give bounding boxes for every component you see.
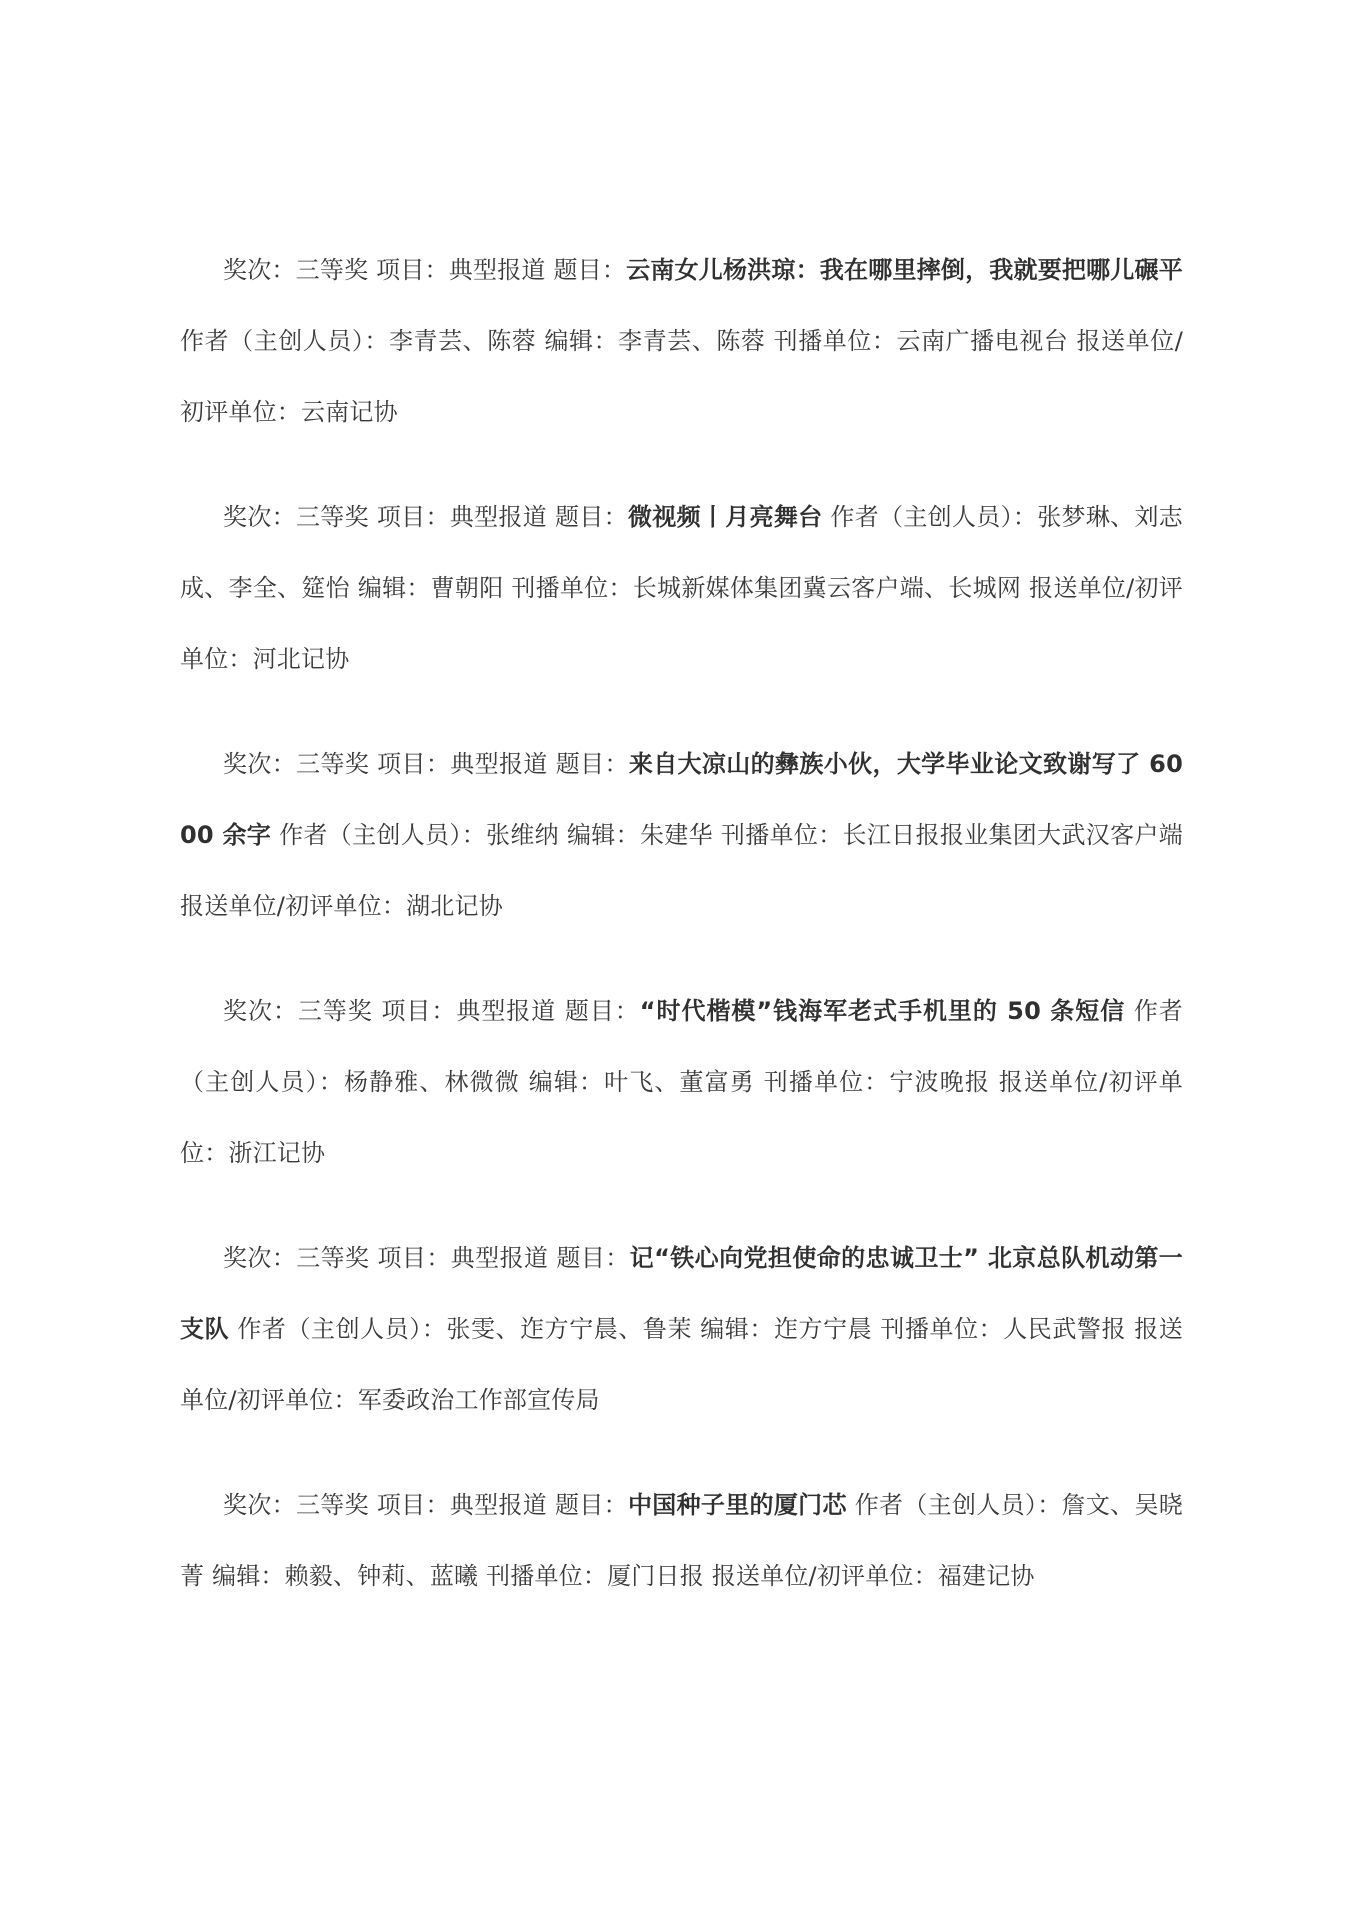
authors-value: 张维纳 (486, 821, 559, 849)
category-label: 项目： (369, 1244, 450, 1272)
award-rank-value: 三等奖 (296, 1491, 369, 1519)
submitter-value: 军委政治工作部宣传局 (358, 1386, 600, 1414)
editors-label: 编辑： (520, 1068, 604, 1096)
award-entry: 奖次：三等奖 项目：典型报道 题目：记“铁心向党担使命的忠诚卫士” 北京总队机动… (180, 1223, 1183, 1436)
editors-value: 赖毅、钟莉、蓝曦 (285, 1562, 479, 1590)
award-rank-label: 奖次： (223, 997, 298, 1025)
document-page: 奖次：三等奖 项目：典型报道 题目：云南女儿杨洪琼：我在哪里摔倒，我就要把哪儿碾… (0, 0, 1350, 1910)
award-rank-label: 奖次： (223, 1491, 296, 1519)
authors-label: 作者（主创人员）： (847, 1491, 1062, 1519)
editors-label: 编辑： (350, 574, 431, 602)
category-value: 典型报道 (456, 997, 556, 1025)
publisher-value: 厦门日报 (607, 1562, 704, 1590)
editors-value: 迮方宁晨 (774, 1315, 872, 1343)
award-rank-value: 三等奖 (296, 503, 369, 531)
entry-title: 云南女儿杨洪琼：我在哪里摔倒，我就要把哪儿碾平 (626, 256, 1183, 284)
authors-label: 作者（主创人员）： (271, 821, 486, 849)
publisher-label: 刊播单位： (713, 821, 843, 849)
award-rank-label: 奖次： (223, 503, 296, 531)
award-entry: 奖次：三等奖 项目：典型报道 题目：来自大凉山的彝族小伙，大学毕业论文致谢写了 … (180, 729, 1183, 942)
editors-value: 曹朝阳 (431, 574, 504, 602)
category-value: 典型报道 (450, 503, 547, 531)
publisher-label: 刊播单位： (503, 574, 632, 602)
editors-label: 编辑： (692, 1315, 774, 1343)
publisher-value: 人民武警报 (1003, 1315, 1126, 1343)
category-label: 项目： (369, 1491, 450, 1519)
publisher-value: 宁波晚报 (889, 1068, 990, 1096)
editors-label: 编辑： (536, 327, 618, 355)
publisher-value: 长城新媒体集团冀云客户端、长城网 (633, 574, 1021, 602)
submitter-label: 报送单位/初评单位： (180, 892, 406, 920)
category-value: 典型报道 (451, 1244, 549, 1272)
publisher-label: 刊播单位： (872, 1315, 1003, 1343)
submitter-value: 湖北记协 (406, 892, 503, 920)
title-label: 题目： (547, 503, 628, 531)
entry-title: 中国种子里的厦门芯 (628, 1491, 847, 1519)
editors-label: 编辑： (559, 821, 640, 849)
publisher-label: 刊播单位： (765, 327, 896, 355)
category-value: 典型报道 (450, 1491, 547, 1519)
award-rank-value: 三等奖 (296, 750, 369, 778)
publisher-label: 刊播单位： (755, 1068, 889, 1096)
award-rank-value: 三等奖 (298, 997, 373, 1025)
publisher-value: 云南广播电视台 (896, 327, 1068, 355)
award-entry: 奖次：三等奖 项目：典型报道 题目：“时代楷模”钱海军老式手机里的 50 条短信… (180, 976, 1183, 1189)
submitter-value: 河北记协 (253, 645, 350, 673)
award-rank-label: 奖次： (223, 256, 296, 284)
entry-title: “时代楷模”钱海军老式手机里的 50 条短信 (640, 997, 1125, 1025)
award-entry: 奖次：三等奖 项目：典型报道 题目：微视频丨月亮舞台 作者（主创人员）：张梦琳、… (180, 482, 1183, 695)
publisher-label: 刊播单位： (478, 1562, 607, 1590)
editors-label: 编辑： (204, 1562, 284, 1590)
authors-label: 作者（主创人员）： (229, 1315, 446, 1343)
submitter-value: 云南记协 (301, 398, 398, 426)
category-label: 项目： (368, 256, 448, 284)
submitter-value: 福建记协 (938, 1562, 1035, 1590)
category-value: 典型报道 (449, 256, 546, 284)
award-rank-value: 三等奖 (296, 1244, 369, 1272)
award-rank-label: 奖次： (223, 750, 296, 778)
category-label: 项目： (373, 997, 457, 1025)
title-label: 题目： (546, 256, 626, 284)
category-value: 典型报道 (450, 750, 547, 778)
award-entry: 奖次：三等奖 项目：典型报道 题目：云南女儿杨洪琼：我在哪里摔倒，我就要把哪儿碾… (180, 235, 1183, 448)
title-label: 题目： (548, 750, 629, 778)
authors-value: 杨静雅、林微微 (344, 1068, 520, 1096)
authors-value: 张雯、迮方宁晨、鲁茉 (446, 1315, 692, 1343)
category-label: 项目： (369, 750, 450, 778)
publisher-value: 长江日报报业集团大武汉客户端 (843, 821, 1183, 849)
award-rank-value: 三等奖 (296, 256, 369, 284)
entry-title: 微视频丨月亮舞台 (628, 503, 823, 531)
editors-value: 叶飞、董富勇 (604, 1068, 755, 1096)
title-label: 题目： (556, 997, 640, 1025)
title-label: 题目： (547, 1491, 628, 1519)
submitter-value: 浙江记协 (228, 1139, 325, 1167)
authors-value: 李青芸、陈蓉 (389, 327, 536, 355)
submitter-label: 报送单位/初评单位： (704, 1562, 938, 1590)
award-rank-label: 奖次： (223, 1244, 296, 1272)
editors-value: 李青芸、陈蓉 (618, 327, 765, 355)
category-label: 项目： (369, 503, 450, 531)
editors-value: 朱建华 (640, 821, 713, 849)
authors-label: 作者（主创人员）： (180, 327, 389, 355)
award-entry: 奖次：三等奖 项目：典型报道 题目：中国种子里的厦门芯 作者（主创人员）：詹文、… (180, 1470, 1183, 1612)
title-label: 题目： (548, 1244, 629, 1272)
authors-label: 作者（主创人员）： (822, 503, 1037, 531)
